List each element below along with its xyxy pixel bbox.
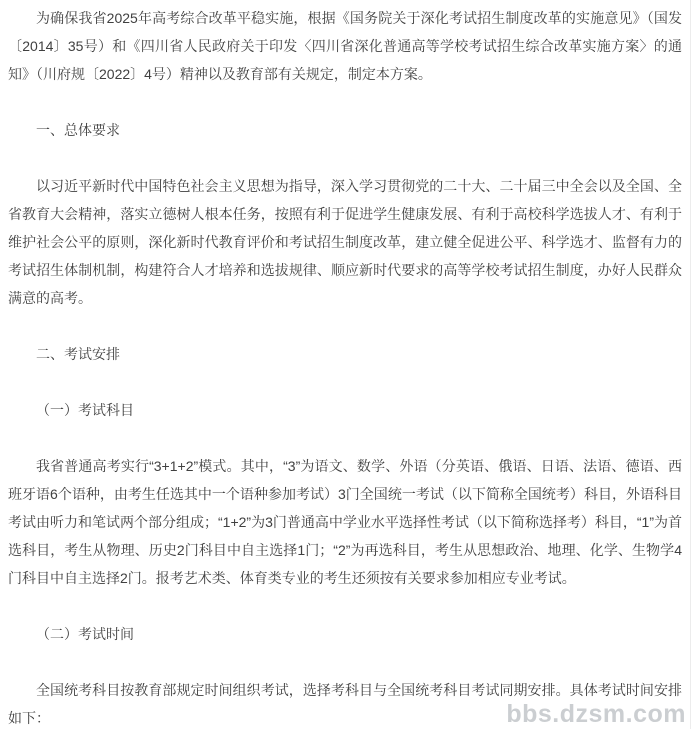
heading-general-requirements: 一、总体要求 <box>8 116 682 144</box>
exam-subjects-paragraph: 我省普通高考实行“3+1+2”模式。其中，“3”为语文、数学、外语（分英语、俄语… <box>8 452 682 592</box>
subheading-exam-subjects: （一）考试科目 <box>8 396 682 424</box>
subheading-exam-time: （二）考试时间 <box>8 620 682 648</box>
heading-exam-arrangement: 二、考试安排 <box>8 340 682 368</box>
intro-paragraph: 为确保我省2025年高考综合改革平稳实施，根据《国务院关于深化考试招生制度改革的… <box>8 4 682 88</box>
general-requirements-paragraph: 以习近平新时代中国特色社会主义思想为指导，深入学习贯彻党的二十大、二十届三中全会… <box>8 172 682 312</box>
article-page: 为确保我省2025年高考综合改革平稳实施，根据《国务院关于深化考试招生制度改革的… <box>0 0 691 729</box>
exam-time-paragraph: 全国统考科目按教育部规定时间组织考试，选择考科目与全国统考科目考试同期安排。具体… <box>8 676 682 729</box>
